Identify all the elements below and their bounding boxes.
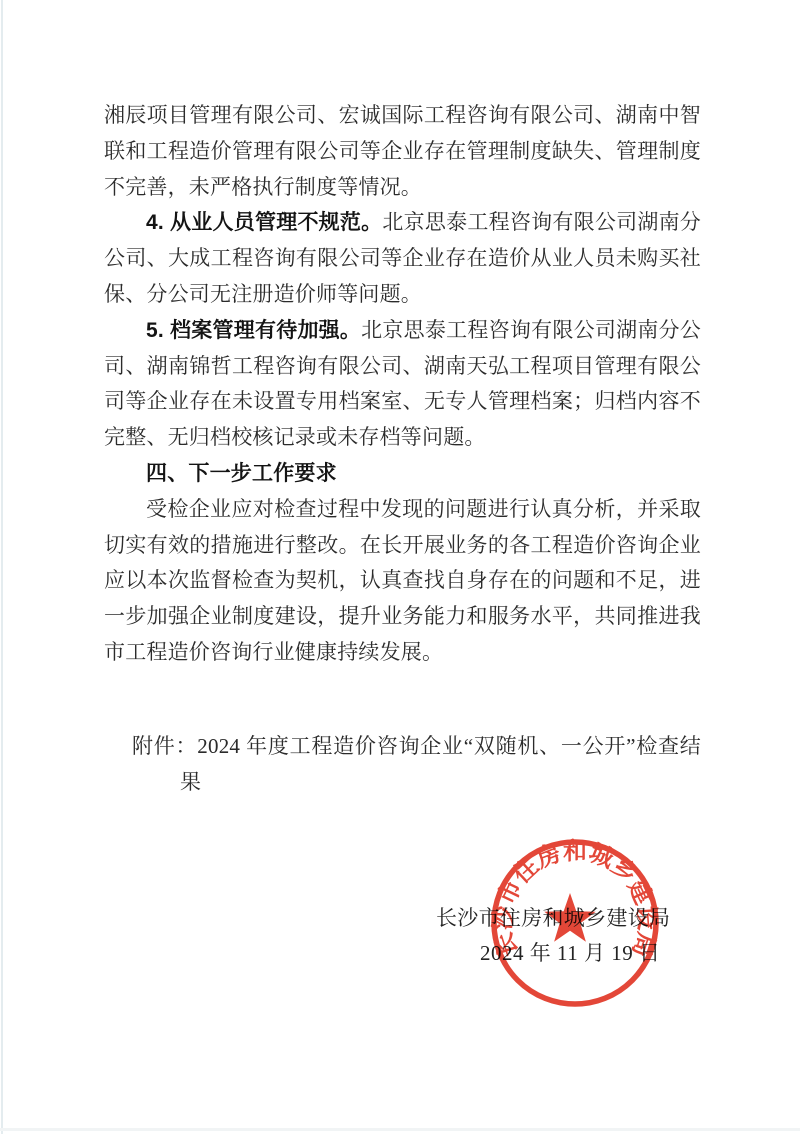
text-run: 完整、无归档校核记录或未存档等问题。 [104, 425, 486, 449]
text-line: 市工程造价咨询行业健康持续发展。 [104, 635, 701, 671]
text-line: 5. 档案管理有待加强。北京思泰工程咨询有限公司湖南分公 [146, 313, 701, 349]
text-run: 不完善，未严格执行制度等情况。 [104, 175, 422, 199]
text-run: 附件：2024 年度工程造价咨询企业“双随机、一公开”检查结 [132, 734, 701, 758]
text-run: 司等企业存在未设置专用档案室、无专人管理档案；归档内容不 [104, 389, 701, 413]
bold-run: 5. 档案管理有待加强。 [146, 319, 361, 342]
text-run: 市工程造价咨询行业健康持续发展。 [104, 640, 443, 664]
text-run: 一步加强企业制度建设，提升业务能力和服务水平，共同推进我 [104, 604, 701, 628]
text-line: 司、湖南锦哲工程咨询有限公司、湖南天弘工程项目管理有限公 [104, 349, 701, 385]
attachment-note: 附件：2024 年度工程造价咨询企业“双随机、一公开”检查结果 [104, 729, 701, 801]
text-line: 公司、大成工程咨询有限公司等企业存在造价从业人员未购买社 [104, 241, 701, 277]
text-run: 联和工程造价管理有限公司等企业存在管理制度缺失、管理制度 [104, 139, 701, 163]
scan-edge-left [1, 0, 3, 1134]
text-run: 司、湖南锦哲工程咨询有限公司、湖南天弘工程项目管理有限公 [104, 354, 701, 378]
official-seal: 长沙市住房和城乡建设局 [487, 835, 663, 1011]
text-run: 北京思泰工程咨询有限公司湖南分 [382, 210, 701, 234]
text-run: 公司、大成工程咨询有限公司等企业存在造价从业人员未购买社 [104, 246, 701, 270]
text-line: 受检企业应对检查过程中发现的问题进行认真分析，并采取 [146, 492, 701, 528]
document-page: 湘辰项目管理有限公司、宏诚国际工程咨询有限公司、湖南中智联和工程造价管理有限公司… [0, 0, 800, 1134]
text-run: 应以本次监督检查为契机，认真查找自身存在的问题和不足，进 [104, 568, 701, 592]
text-run: 保、分公司无注册造价师等问题。 [104, 282, 422, 306]
document-body: 湘辰项目管理有限公司、宏诚国际工程咨询有限公司、湖南中智联和工程造价管理有限公司… [104, 98, 701, 671]
text-line: 应以本次监督检查为契机，认真查找自身存在的问题和不足，进 [104, 563, 701, 599]
text-line: 果 [180, 765, 701, 801]
text-line: 四、下一步工作要求 [146, 456, 701, 492]
text-line: 切实有效的措施进行整改。在长开展业务的各工程造价咨询企业 [104, 528, 701, 564]
text-line: 附件：2024 年度工程造价咨询企业“双随机、一公开”检查结 [132, 729, 701, 765]
text-line: 联和工程造价管理有限公司等企业存在管理制度缺失、管理制度 [104, 134, 701, 170]
text-line: 保、分公司无注册造价师等问题。 [104, 277, 701, 313]
scan-edge-bottom [0, 1128, 800, 1131]
text-run: 果 [180, 770, 201, 794]
text-run: 湘辰项目管理有限公司、宏诚国际工程咨询有限公司、湖南中智 [104, 103, 701, 127]
text-line: 完整、无归档校核记录或未存档等问题。 [104, 420, 701, 456]
text-line: 湘辰项目管理有限公司、宏诚国际工程咨询有限公司、湖南中智 [104, 98, 701, 134]
text-line: 司等企业存在未设置专用档案室、无专人管理档案；归档内容不 [104, 384, 701, 420]
text-run: 切实有效的措施进行整改。在长开展业务的各工程造价咨询企业 [104, 533, 701, 557]
text-line: 4. 从业人员管理不规范。北京思泰工程咨询有限公司湖南分 [146, 205, 701, 241]
seal-arc-text: 长沙市住房和城乡建设局 [489, 838, 660, 960]
bold-run: 4. 从业人员管理不规范。 [146, 211, 382, 234]
text-run: 北京思泰工程咨询有限公司湖南分公 [361, 318, 701, 342]
text-line: 一步加强企业制度建设，提升业务能力和服务水平，共同推进我 [104, 599, 701, 635]
text-run: 受检企业应对检查过程中发现的问题进行认真分析，并采取 [146, 497, 701, 521]
text-line: 不完善，未严格执行制度等情况。 [104, 170, 701, 206]
seal-star-icon [544, 893, 595, 942]
bold-run: 四、下一步工作要求 [146, 462, 337, 485]
